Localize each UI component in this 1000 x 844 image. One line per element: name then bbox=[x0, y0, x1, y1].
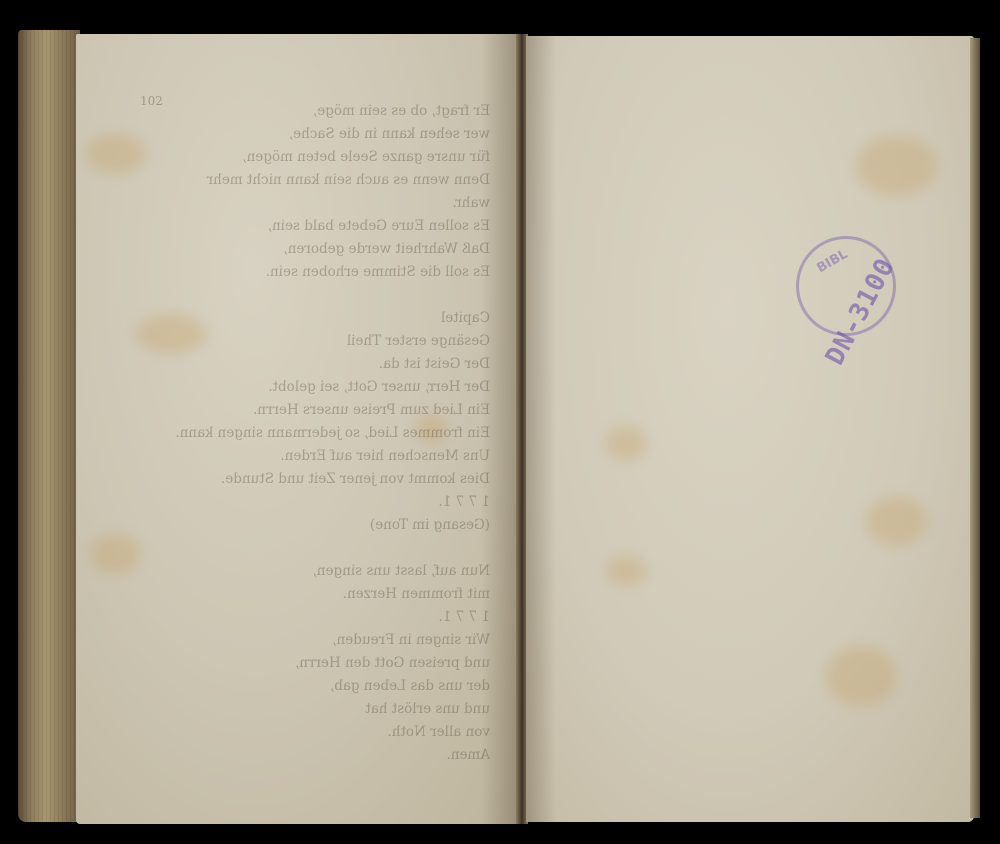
photo-scene: 102 Er fragt, ob es sein möge, wer sehen… bbox=[0, 0, 1000, 844]
book-page-edges-left bbox=[18, 30, 80, 822]
show-through-text: Er fragt, ob es sein möge, wer sehen kan… bbox=[120, 100, 490, 767]
book-page-edges-right bbox=[970, 38, 980, 818]
library-stamp: BIBL DN-3100 bbox=[796, 236, 946, 366]
right-page bbox=[526, 36, 974, 822]
